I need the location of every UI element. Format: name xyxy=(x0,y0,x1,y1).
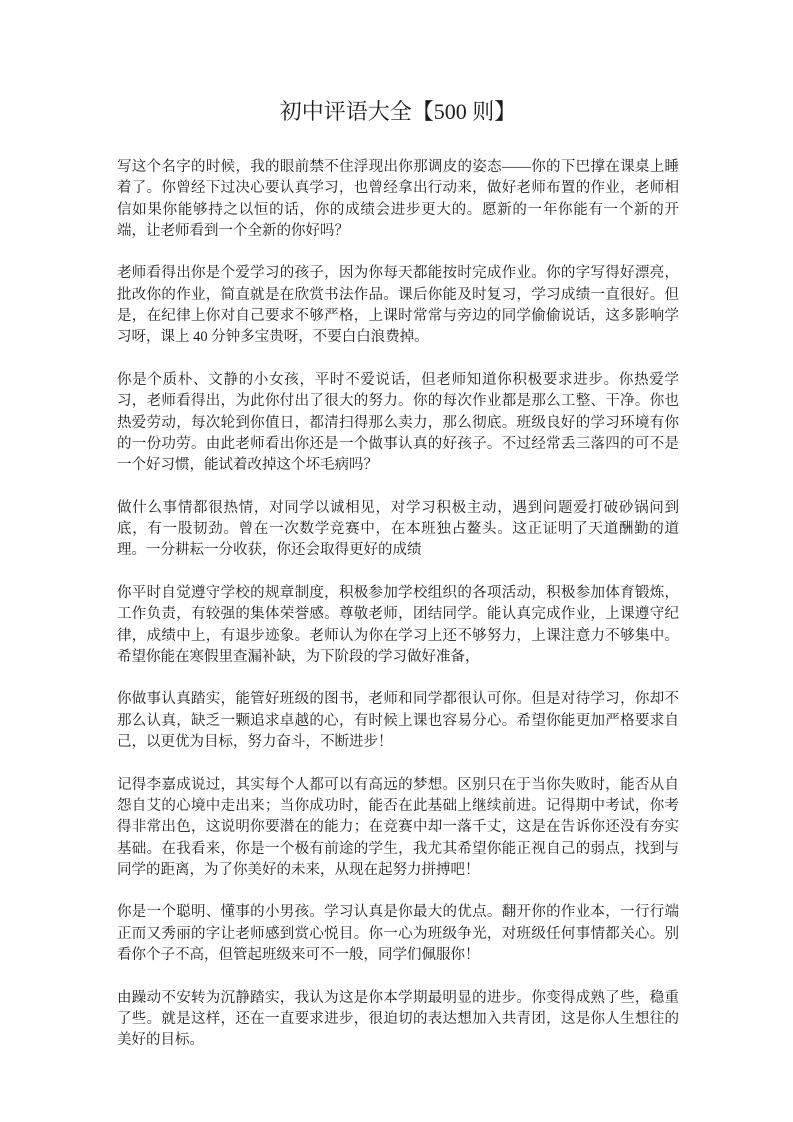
paragraph: 写这个名字的时候，我的眼前禁不住浮现出你那调皮的姿态——你的下巴撑在课桌上睡着了… xyxy=(117,157,679,242)
paragraph: 由躁动不安转为沉静踏实，我认为这是你本学期最明显的进步。你变得成熟了些，稳重了些… xyxy=(117,988,679,1052)
paragraph: 你是一个聪明、懂事的小男孩。学习认真是你最大的优点。翻开你的作业本，一行行端正而… xyxy=(117,902,679,966)
paragraph: 老师看得出你是个爱学习的孩子，因为你每天都能按时完成作业。你的字写得好漂亮，批改… xyxy=(117,263,679,348)
paragraph: 你平时自觉遵守学校的规章制度，积极参加学校组织的各项活动，积极参加体育锻炼，工作… xyxy=(117,583,679,668)
document-body: 写这个名字的时候，我的眼前禁不住浮现出你那调皮的姿态——你的下巴撑在课桌上睡着了… xyxy=(117,157,679,1051)
paragraph: 做什么事情都很热情，对同学以诚相见，对学习积极主动，遇到问题爱打破砂锅问到底，有… xyxy=(117,498,679,562)
paragraph: 你是个质朴、文静的小女孩，平时不爱说话，但老师知道你积极要求进步。你热爱学习，老… xyxy=(117,370,679,476)
paragraph: 记得李嘉成说过，其实每个人都可以有高远的梦想。区别只在于当你失败时，能否从自怨自… xyxy=(117,775,679,881)
paragraph: 你做事认真踏实，能管好班级的图书，老师和同学都很认可你。但是对待学习，你却不那么… xyxy=(117,689,679,753)
document-page: 初中评语大全【500 则】 写这个名字的时候，我的眼前禁不住浮现出你那调皮的姿态… xyxy=(0,0,793,1122)
document-title: 初中评语大全【500 则】 xyxy=(117,97,679,127)
